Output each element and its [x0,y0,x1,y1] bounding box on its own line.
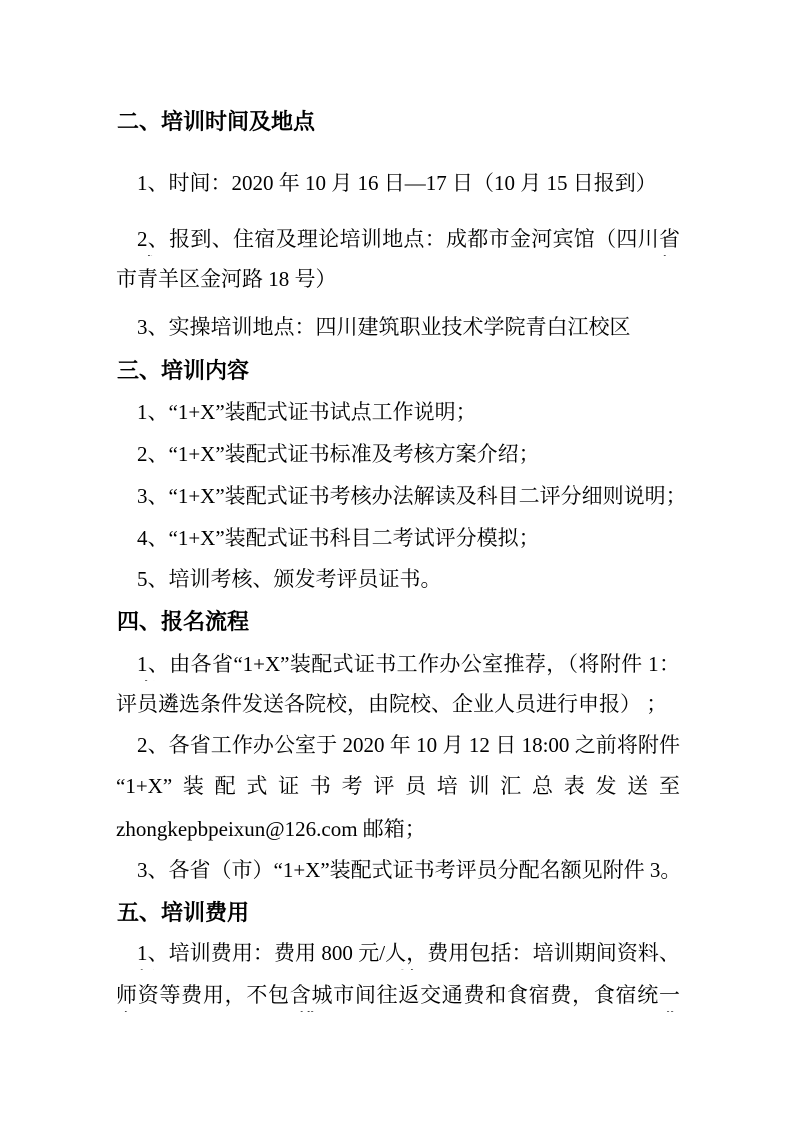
text-line: 2、“1+X”装配式证书标准及考核方案介绍； [137,441,540,468]
text-line: 1、“1+X”装配式证书试点工作说明； [137,399,477,426]
text-line: 3、“1+X”装配式证书考核办法解读及科目二评分细则说明； [137,483,687,510]
email-text-line: zhongkepbpeixun@126.com 邮箱； [116,816,426,843]
heading-registration-process: 四、报名流程 [117,608,249,636]
document-page: 二、培训时间及地点 1、时间：2020 年 10 月 16 日—17 日（10 … [0,0,793,1122]
text-line: 师资等费用，不包含城市间往返交通费和食宿费，食宿统一安排，费 [116,982,680,1012]
heading-training-fee: 五、培训费用 [117,899,249,927]
text-line: 2、各省工作办公室于 2020 年 10 月 12 日 18:00 之前将附件 … [137,732,680,762]
text-line: 1、时间：2020 年 10 月 16 日—17 日（10 月 15 日报到） [137,170,657,197]
text-line: 5、培训考核、颁发考评员证书。 [137,566,442,593]
text-line: 评员遴选条件发送各院校，由院校、企业人员进行申报） ； [116,691,667,718]
text-line: 市青羊区金河路 18 号） [116,266,337,293]
text-line: 1、由各省“1+X”装配式证书工作办公室推荐，（将附件 1：考 [137,651,680,681]
text-line: 1、培训费用：费用 800 元/人，费用包括：培训期间资料、场地、 [137,940,680,970]
text-line: 2、报到、住宿及理论培训地点：成都市金河宾馆（四川省成都 [137,226,680,256]
heading-training-content: 三、培训内容 [117,357,249,385]
text-line: “1+X”装配式证书考评员培训汇总表发送至 [116,773,680,803]
text-line: 3、实操培训地点：四川建筑职业技术学院青白江校区 [137,314,631,341]
heading-training-time-and-location: 二、培训时间及地点 [117,108,315,136]
text-line: 3、各省（市）“1+X”装配式证书考评员分配名额见附件 3。 [137,857,681,884]
text-line: 4、“1+X”装配式证书科目二考试评分模拟； [137,525,540,552]
